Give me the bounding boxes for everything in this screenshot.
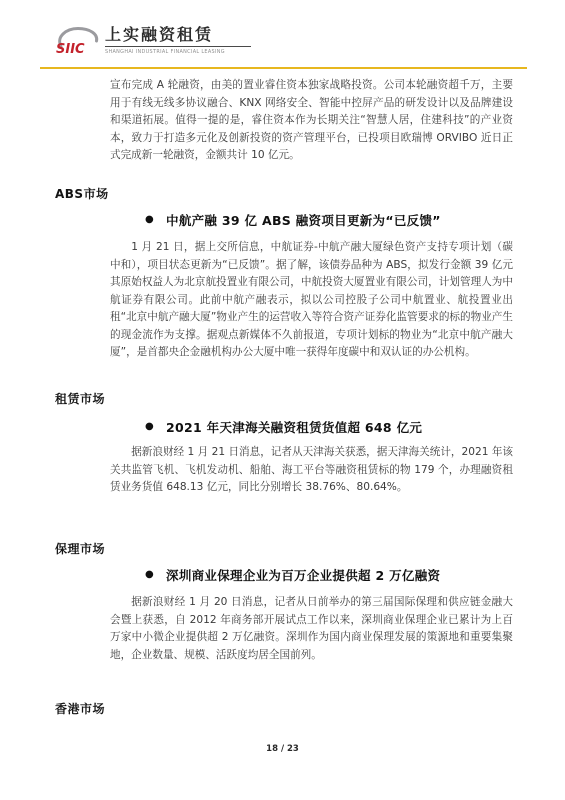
header-divider-line xyxy=(40,67,527,69)
page-number: 18 / 23 xyxy=(0,744,565,754)
logo-text-block: 上实融资租赁 SHANGHAI INDUSTRIAL FINANCIAL LEA… xyxy=(105,25,251,56)
headline-abs: ● 中航产融 39 亿 ABS 融资项目更新为“已反馈” xyxy=(145,211,441,229)
section-title-abs: ABS市场 xyxy=(55,185,109,202)
section-title-leasing: 租赁市场 xyxy=(55,390,105,407)
siic-logo-icon: SIIC xyxy=(54,25,100,57)
siic-logo-text: SIIC xyxy=(56,42,85,57)
bullet-icon: ● xyxy=(145,215,154,225)
intro-paragraph: 宣布完成 A 轮融资，由美的置业睿住资本独家战略投资。公司本轮融资超千万，主要用… xyxy=(110,77,513,165)
section-title-hongkong: 香港市场 xyxy=(55,700,105,717)
company-name-en: SHANGHAI INDUSTRIAL FINANCIAL LEASING xyxy=(105,49,225,55)
section-title-factoring: 保理市场 xyxy=(55,540,105,557)
bullet-icon: ● xyxy=(145,422,154,432)
headline-leasing: ● 2021 年天津海关融资租赁货值超 648 亿元 xyxy=(145,418,422,436)
body-abs: 1 月 21 日，据上交所信息，中航证券-中航产融大厦绿色资产支持专项计划（碳中… xyxy=(110,239,513,362)
body-factoring: 据新浪财经 1 月 20 日消息，记者从日前举办的第三届国际保理和供应链金融大会… xyxy=(110,594,513,664)
headline-text: 深圳商业保理企业为百万企业提供超 2 万亿融资 xyxy=(166,566,440,584)
company-logo: SIIC 上实融资租赁 SHANGHAI INDUSTRIAL FINANCIA… xyxy=(54,25,251,57)
headline-text: 2021 年天津海关融资租赁货值超 648 亿元 xyxy=(166,418,422,436)
headline-factoring: ● 深圳商业保理企业为百万企业提供超 2 万亿融资 xyxy=(145,566,440,584)
company-name-cn: 上实融资租赁 xyxy=(105,25,251,47)
body-leasing: 据新浪财经 1 月 21 日消息，记者从天津海关获悉，据天津海关统计，2021 … xyxy=(110,444,513,497)
headline-text: 中航产融 39 亿 ABS 融资项目更新为“已反馈” xyxy=(166,211,441,229)
bullet-icon: ● xyxy=(145,570,154,580)
document-page: SIIC 上实融资租赁 SHANGHAI INDUSTRIAL FINANCIA… xyxy=(0,0,565,800)
